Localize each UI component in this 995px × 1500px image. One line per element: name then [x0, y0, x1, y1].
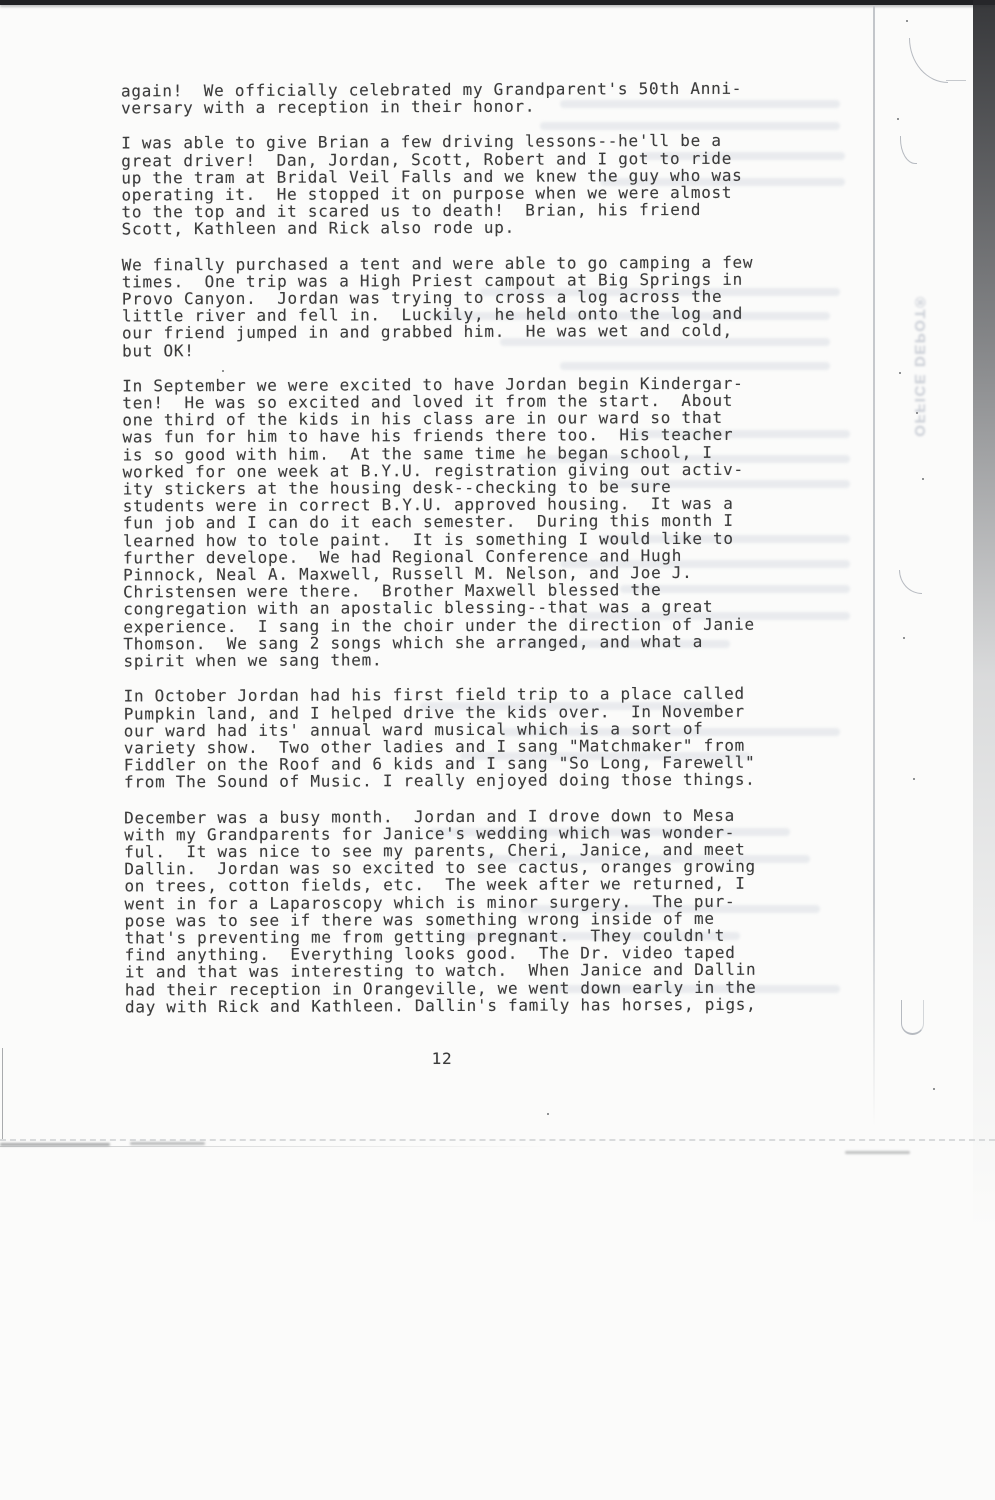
scanner-shadow-band [973, 0, 995, 1230]
dust-speck [903, 637, 905, 639]
dust-speck [906, 20, 908, 22]
dust-speck [899, 372, 901, 374]
paragraph-september: In September we were excited to have Jor… [122, 374, 783, 669]
paper-curl-mark [946, 80, 966, 81]
paragraph-driving-lessons: I was able to give Brian a few driving l… [121, 132, 781, 238]
fold-smudge [0, 1143, 110, 1146]
page-number: 12 [392, 1049, 492, 1068]
page-right-edge [873, 6, 875, 1126]
fold-smudge [845, 1151, 910, 1154]
paragraph-camping: We finally purchased a tent and were abl… [122, 253, 782, 359]
dust-speck [222, 370, 224, 372]
scanner-top-edge [0, 0, 995, 5]
paper-curl-mark [900, 136, 917, 164]
scanned-journal-page: { "document": { "paragraphs": [ "again! … [0, 0, 995, 1500]
paper-curl-mark [901, 1000, 924, 1035]
office-depot-watermark: OFFICE DEPOT® [902, 284, 928, 448]
dust-speck [547, 1113, 549, 1115]
perforation-line [0, 1139, 995, 1141]
dust-speck [916, 412, 918, 414]
page-left-edge [2, 1048, 3, 1140]
dust-speck [922, 478, 924, 480]
dust-speck [933, 1088, 935, 1090]
paragraph-october-november: In October Jordan had his first field tr… [124, 685, 784, 791]
paragraph-anniversary: again! We officially celebrated my Grand… [121, 80, 781, 117]
fold-shadow [0, 1146, 560, 1147]
dust-speck [913, 778, 915, 780]
typewritten-text-block: again! We officially celebrated my Grand… [121, 80, 785, 1034]
paper-curl-mark [899, 570, 922, 594]
fold-smudge [130, 1142, 205, 1145]
dust-speck [897, 118, 899, 120]
paragraph-december: December was a busy month. Jordan and I … [124, 806, 785, 1015]
paper-curl-mark [909, 38, 948, 83]
